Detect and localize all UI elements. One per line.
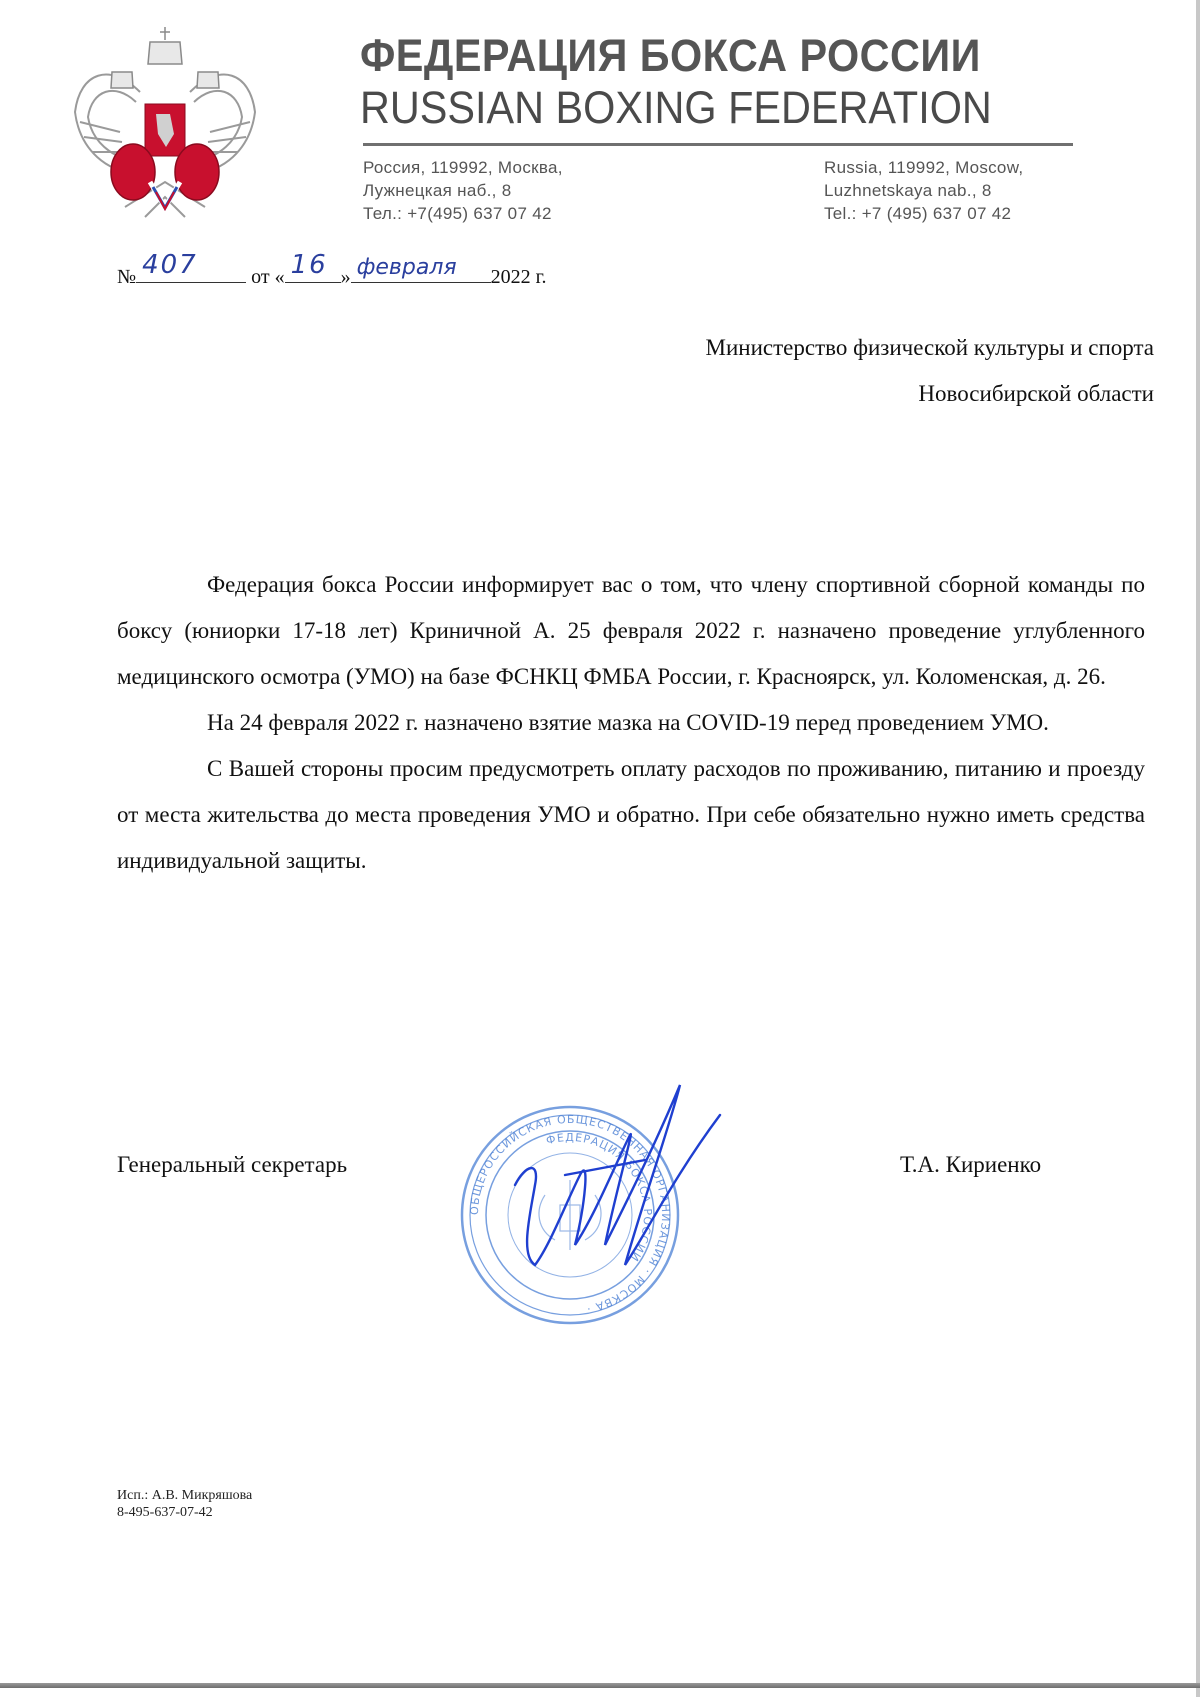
addressee-line1: Министерство физической культуры и спорт… [706,325,1154,371]
addressee-line2: Новосибирской области [706,371,1154,417]
addressee-block: Министерство физической культуры и спорт… [706,325,1154,417]
number-label: № [117,266,136,288]
address-en-phone: Tel.: +7 (495) 637 07 42 [824,202,1023,225]
body-paragraph: На 24 февраля 2022 г. назначено взятие м… [117,700,1145,746]
month-field: февраля [351,262,491,283]
body-paragraph: Федерация бокса России информирует вас о… [117,562,1145,700]
signatory-role: Генеральный секретарь [117,1152,347,1178]
letterhead-divider [363,143,1073,146]
executor-info: Исп.: А.В. Микряшова 8-495-637-07-42 [117,1487,252,1521]
address-en: Russia, 119992, Moscow, Luzhnetskaya nab… [824,156,1023,225]
signatory-name: Т.А. Кириенко [900,1152,1041,1178]
federation-emblem-icon [70,22,260,227]
reference-line: №407 от «16»февраля2022 г. [117,262,547,289]
scan-edge-right [1196,0,1200,1697]
handwritten-number: 407 [142,250,198,280]
letter-body: Федерация бокса России информирует вас о… [117,562,1145,884]
date-from-label: от « [251,266,284,288]
address-en-line1: Russia, 119992, Moscow, [824,156,1023,179]
handwritten-signature-icon [505,1065,725,1295]
day-field: 16 [285,262,341,283]
address-ru-phone: Тел.: +7(495) 637 07 42 [363,202,563,225]
executor-phone: 8-495-637-07-42 [117,1504,252,1521]
address-ru-line1: Россия, 119992, Москва, [363,156,563,179]
address-ru: Россия, 119992, Москва, Лужнецкая наб., … [363,156,563,225]
address-ru-line2: Лужнецкая наб., 8 [363,179,563,202]
handwritten-day: 16 [291,250,328,280]
executor-name: Исп.: А.В. Микряшова [117,1487,252,1504]
body-paragraph: С Вашей стороны просим предусмотреть опл… [117,746,1145,884]
letterhead-org-name: ФЕДЕРАЦИЯ БОКСА РОССИИ RUSSIAN BOXING FE… [360,30,1080,134]
year-label: 2022 г. [491,266,547,288]
quote-close: » [341,266,351,288]
org-name-en: RUSSIAN BOXING FEDERATION [360,82,1022,134]
scan-edge-bottom [0,1683,1200,1688]
number-field: 407 [136,262,246,283]
address-en-line2: Luzhnetskaya nab., 8 [824,179,1023,202]
handwritten-month: февраля [357,255,457,280]
org-name-ru: ФЕДЕРАЦИЯ БОКСА РОССИИ [360,30,1022,82]
